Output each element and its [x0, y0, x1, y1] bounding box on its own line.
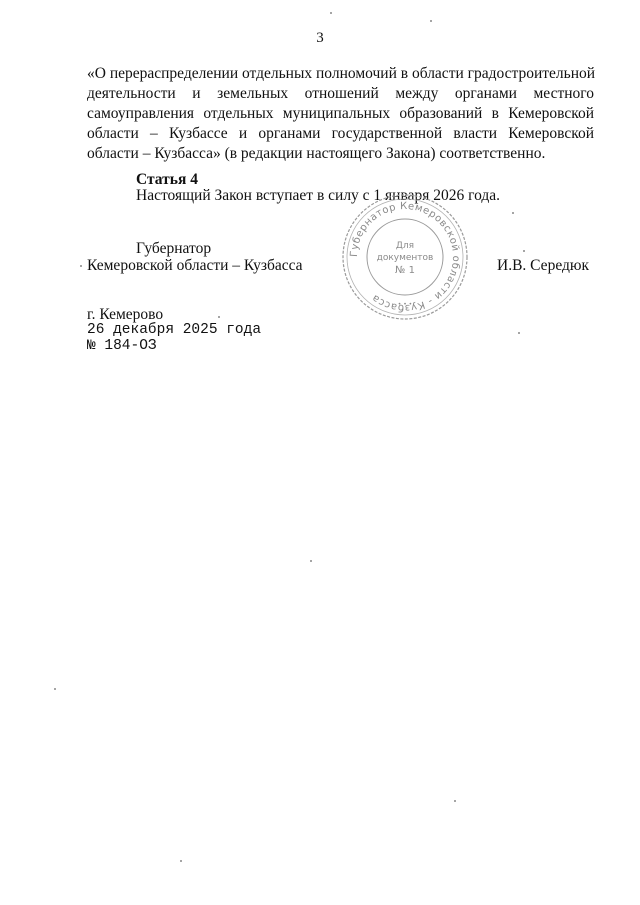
- seal-center-line2: документов: [377, 253, 434, 263]
- scan-speck: [80, 265, 82, 267]
- scan-speck: [523, 250, 525, 252]
- svg-text:• • •: • • •: [398, 301, 412, 308]
- scan-speck: [180, 860, 182, 862]
- scan-speck: [330, 12, 332, 14]
- seal-icon: Губернатор Кемеровской области - Кузбасс…: [340, 192, 470, 322]
- scan-speck: [310, 560, 312, 562]
- signatory-name: И.В. Середюк: [497, 257, 589, 275]
- official-seal-stamp: Губернатор Кемеровской области - Кузбасс…: [340, 192, 470, 322]
- scan-speck: [512, 212, 514, 214]
- paragraph-line: области – Кузбассе и органами государств…: [87, 124, 594, 144]
- scan-speck: [218, 316, 220, 318]
- scan-speck: [454, 800, 456, 802]
- paragraph-line: «О перераспределении отдельных полномочи…: [87, 64, 594, 84]
- seal-center-line3: № 1: [395, 265, 415, 276]
- paragraph-line: области – Кузбасса» (в редакции настояще…: [87, 144, 594, 164]
- law-title-paragraph: «О перераспределении отдельных полномочи…: [87, 64, 594, 164]
- paragraph-line: самоуправления отдельных муниципальных о…: [87, 104, 594, 124]
- signatory-title: Губернатор: [136, 240, 211, 258]
- scan-speck: [430, 20, 432, 22]
- signing-date: 26 декабря 2025 года: [87, 322, 261, 338]
- scan-speck: [54, 688, 56, 690]
- seal-center-line1: Для: [396, 241, 414, 251]
- signatory-region: Кемеровской области – Кузбасса: [87, 257, 303, 275]
- page-number: 3: [0, 30, 640, 47]
- law-number: № 184-ОЗ: [87, 338, 157, 354]
- paragraph-line: деятельности и земельных отношений между…: [87, 84, 594, 104]
- scan-speck: [518, 332, 520, 334]
